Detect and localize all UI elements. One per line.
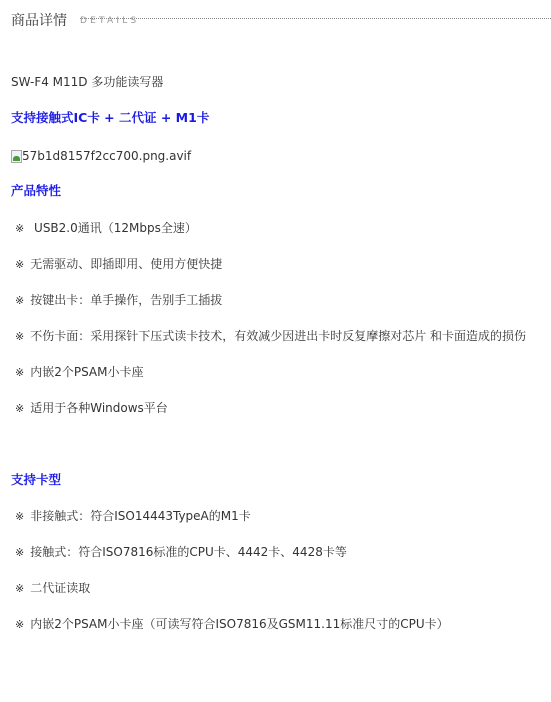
product-image: 57b1d8157f2cc700.png.avif: [11, 148, 191, 164]
section-title: 商品详情: [11, 12, 67, 30]
feature-item: ※无需驱动、即插即用、使用方便快捷: [15, 256, 222, 273]
reference-mark-icon: ※: [15, 510, 24, 523]
card-type-item: ※二代证读取: [15, 580, 90, 597]
feature-item: ※适用于各种Windows平台: [15, 400, 168, 417]
dotted-divider: [80, 18, 551, 19]
reference-mark-icon: ※: [15, 330, 24, 343]
reference-mark-icon: ※: [15, 402, 24, 415]
reference-mark-icon: ※: [15, 294, 24, 307]
image-alt-text: 57b1d8157f2cc700.png.avif: [22, 148, 191, 164]
reference-mark-icon: ※: [15, 582, 24, 595]
reference-mark-icon: ※: [15, 366, 24, 379]
feature-item: ※ USB2.0通讯（12Mbps全速）: [15, 220, 197, 237]
card-type-item: ※接触式：符合ISO7816标准的CPU卡、4442卡、4428卡等: [15, 544, 347, 561]
reference-mark-icon: ※: [15, 222, 24, 235]
feature-item: ※内嵌2个PSAM小卡座: [15, 364, 144, 381]
features-heading: 产品特性: [11, 183, 61, 199]
card-type-item: ※内嵌2个PSAM小卡座（可读写符合ISO7816及GSM11.11标准尺寸的C…: [15, 616, 449, 633]
feature-item: ※按键出卡：单手操作，告别手工插拔: [15, 292, 222, 309]
card-types-heading: 支持卡型: [11, 472, 61, 488]
reference-mark-icon: ※: [15, 618, 24, 631]
reference-mark-icon: ※: [15, 546, 24, 559]
product-model: SW-F4 M11D 多功能读写器: [11, 74, 163, 90]
card-type-item: ※非接触式：符合ISO14443TypeA的M1卡: [15, 508, 251, 525]
broken-image-icon: [11, 150, 22, 163]
details-header: 商品详情 DETAILS: [11, 10, 551, 30]
feature-item: ※不伤卡面：采用探针下压式读卡技术，有效减少因进出卡时反复摩擦对芯片 和卡面造成…: [15, 328, 526, 345]
reference-mark-icon: ※: [15, 258, 24, 271]
section-subtitle: DETAILS: [80, 14, 139, 30]
product-headline: 支持接触式IC卡 + 二代证 + M1卡: [11, 110, 209, 126]
